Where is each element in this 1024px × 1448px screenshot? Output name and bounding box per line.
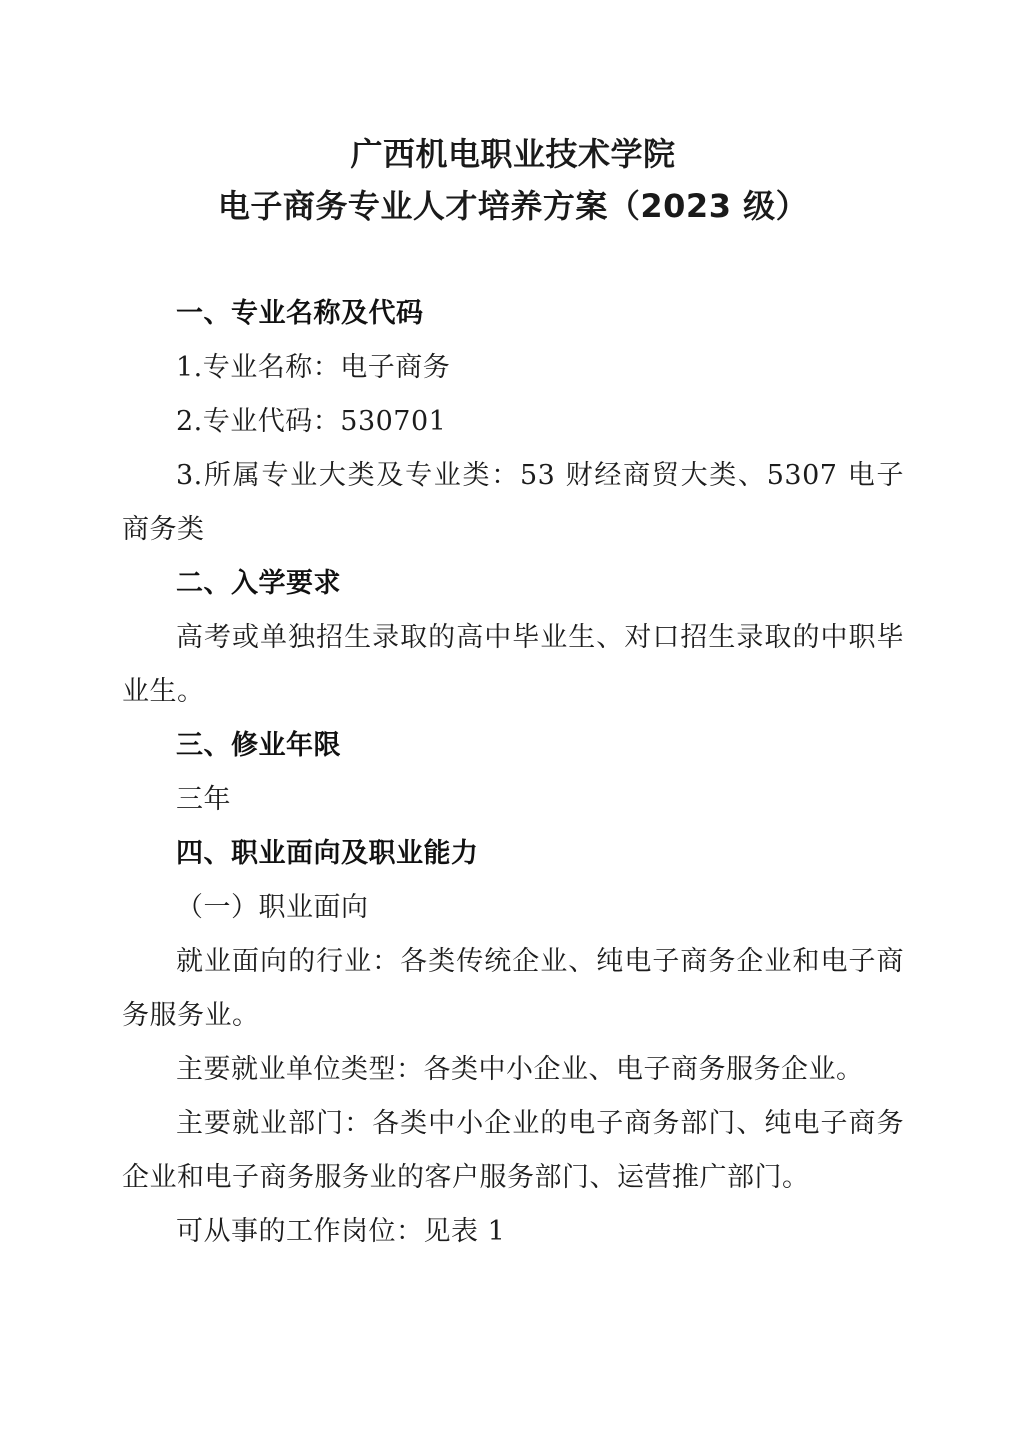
section-heading: 四、职业面向及职业能力 xyxy=(122,827,904,881)
paragraph: 可从事的工作岗位：见表 1 xyxy=(122,1205,904,1259)
section-heading: 三、修业年限 xyxy=(122,719,904,773)
document-body: 一、专业名称及代码1.专业名称：电子商务2.专业代码：5307013.所属专业大… xyxy=(122,287,904,1259)
paragraph: 主要就业部门：各类中小企业的电子商务部门、纯电子商务企业和电子商务服务业的客户服… xyxy=(122,1097,904,1205)
paragraph: 高考或单独招生录取的高中毕业生、对口招生录取的中职毕业生。 xyxy=(122,611,904,719)
paragraph: 三年 xyxy=(122,773,904,827)
section-heading: 二、入学要求 xyxy=(122,557,904,611)
paragraph: 3.所属专业大类及专业类：53 财经商贸大类、5307 电子商务类 xyxy=(122,449,904,557)
section-heading: 一、专业名称及代码 xyxy=(122,287,904,341)
document-title: 广西机电职业技术学院 电子商务专业人才培养方案（2023 级） xyxy=(122,128,904,232)
paragraph: （一）职业面向 xyxy=(122,881,904,935)
paragraph: 就业面向的行业：各类传统企业、纯电子商务企业和电子商务服务业。 xyxy=(122,935,904,1043)
paragraph: 2.专业代码：530701 xyxy=(122,395,904,449)
title-line-2: 电子商务专业人才培养方案（2023 级） xyxy=(122,180,904,232)
paragraph: 主要就业单位类型：各类中小企业、电子商务服务企业。 xyxy=(122,1043,904,1097)
title-line-1: 广西机电职业技术学院 xyxy=(122,128,904,180)
paragraph: 1.专业名称：电子商务 xyxy=(122,341,904,395)
document-page: 广西机电职业技术学院 电子商务专业人才培养方案（2023 级） 一、专业名称及代… xyxy=(0,0,1024,1448)
